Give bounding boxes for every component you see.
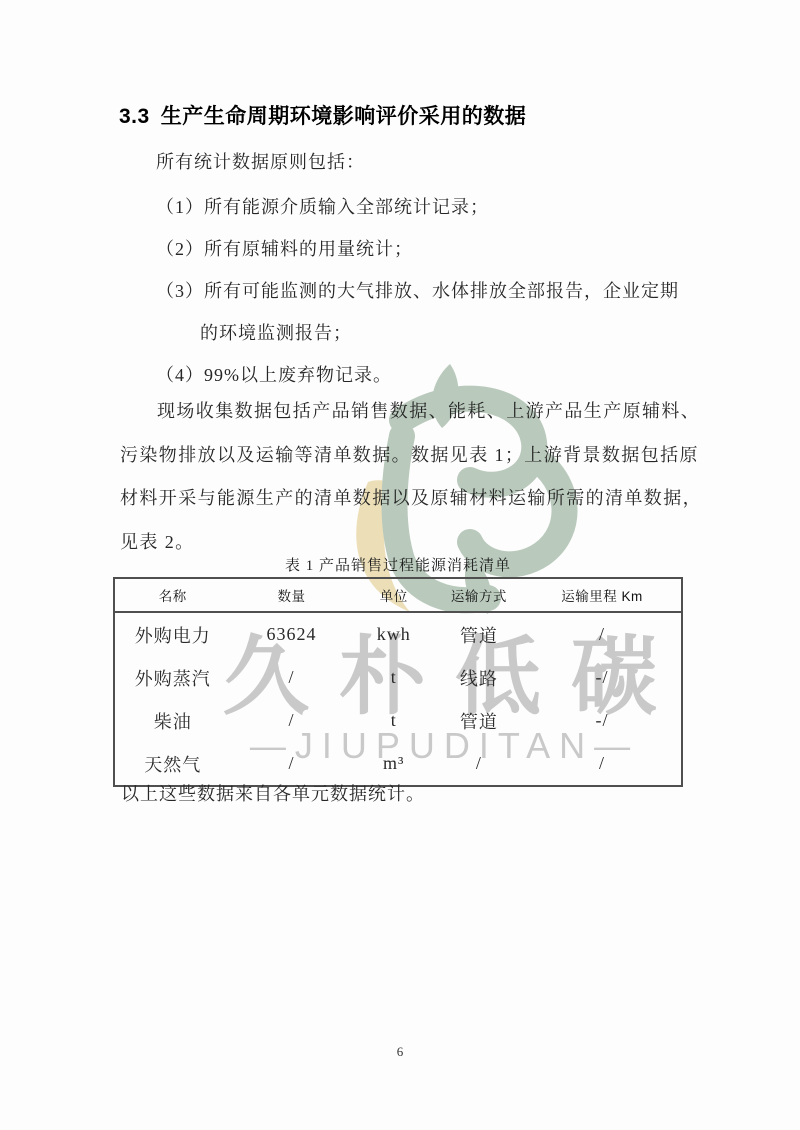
table-caption: 表 1 产品销售过程能源消耗清单 [113,554,683,575]
cell-unit: t [353,656,435,699]
table-row: 外购电力 63624 kwh 管道 / [114,612,682,656]
cell-name: 外购电力 [114,612,230,656]
cell-transport-distance: -/ [523,699,682,742]
list-item: （1）所有能源介质输入全部统计记录； [156,186,679,228]
table-header-cell: 单位 [353,578,435,612]
principles-list: （1）所有能源介质输入全部统计记录；（2）所有原辅料的用量统计；（3）所有可能监… [156,186,679,396]
paragraph-line: 现场收集数据包括产品销售数据、能耗、上游产品生产原辅料、 [120,390,688,434]
list-item: （2）所有原辅料的用量统计； [156,228,679,270]
table-header-cell: 运输方式 [435,578,523,612]
paragraph-line: 污染物排放以及运输等清单数据。数据见表 1；上游背景数据包括原 [120,434,688,478]
cell-unit: kwh [353,612,435,656]
closing-sentence: 以上这些数据来自各单元数据统计。 [121,780,425,806]
energy-consumption-table: 名称数量单位运输方式运输里程 Km 外购电力 63624 kwh 管道 / 外购… [113,577,683,787]
section-heading: 3.3生产生命周期环境影响评价采用的数据 [119,100,526,130]
table-header-row: 名称数量单位运输方式运输里程 Km [114,578,682,612]
table-row: 柴油 / t 管道 -/ [114,699,682,742]
document-page: 久朴低碳 —JIUPUDITAN— 3.3生产生命周期环境影响评价采用的数据 所… [0,0,800,1130]
table-row: 外购蒸汽 / t 线路 -/ [114,656,682,699]
cell-name: 外购蒸汽 [114,656,230,699]
paragraph-line: 材料开采与能源生产的清单数据以及原辅材料运输所需的清单数据， [120,477,688,521]
cell-transport-distance: / [523,612,682,656]
page-number: 6 [0,1044,800,1060]
cell-unit: t [353,699,435,742]
cell-transport-distance: / [523,742,682,786]
table-header-cell: 数量 [230,578,352,612]
cell-name: 柴油 [114,699,230,742]
cell-transport-distance: -/ [523,656,682,699]
cell-quantity: / [230,699,352,742]
cell-transport-mode: 管道 [435,612,523,656]
page-content: 3.3生产生命周期环境影响评价采用的数据 所有统计数据原则包括： （1）所有能源… [0,0,800,1130]
cell-transport-mode: / [435,742,523,786]
section-number: 3.3 [119,105,150,128]
cell-transport-mode: 管道 [435,699,523,742]
cell-quantity: / [230,656,352,699]
body-paragraph: 现场收集数据包括产品销售数据、能耗、上游产品生产原辅料、污染物排放以及运输等清单… [120,390,688,564]
list-item: 的环境监测报告； [156,312,679,354]
list-item: （3）所有可能监测的大气排放、水体排放全部报告，企业定期 [156,270,679,312]
table-header-cell: 名称 [114,578,230,612]
intro-paragraph: 所有统计数据原则包括： [156,148,365,174]
cell-quantity: 63624 [230,612,352,656]
cell-transport-mode: 线路 [435,656,523,699]
table-header-cell: 运输里程 Km [523,578,682,612]
table-body: 外购电力 63624 kwh 管道 / 外购蒸汽 / t 线路 -/ 柴油 / [114,612,682,786]
section-title: 生产生命周期环境影响评价采用的数据 [161,105,527,128]
